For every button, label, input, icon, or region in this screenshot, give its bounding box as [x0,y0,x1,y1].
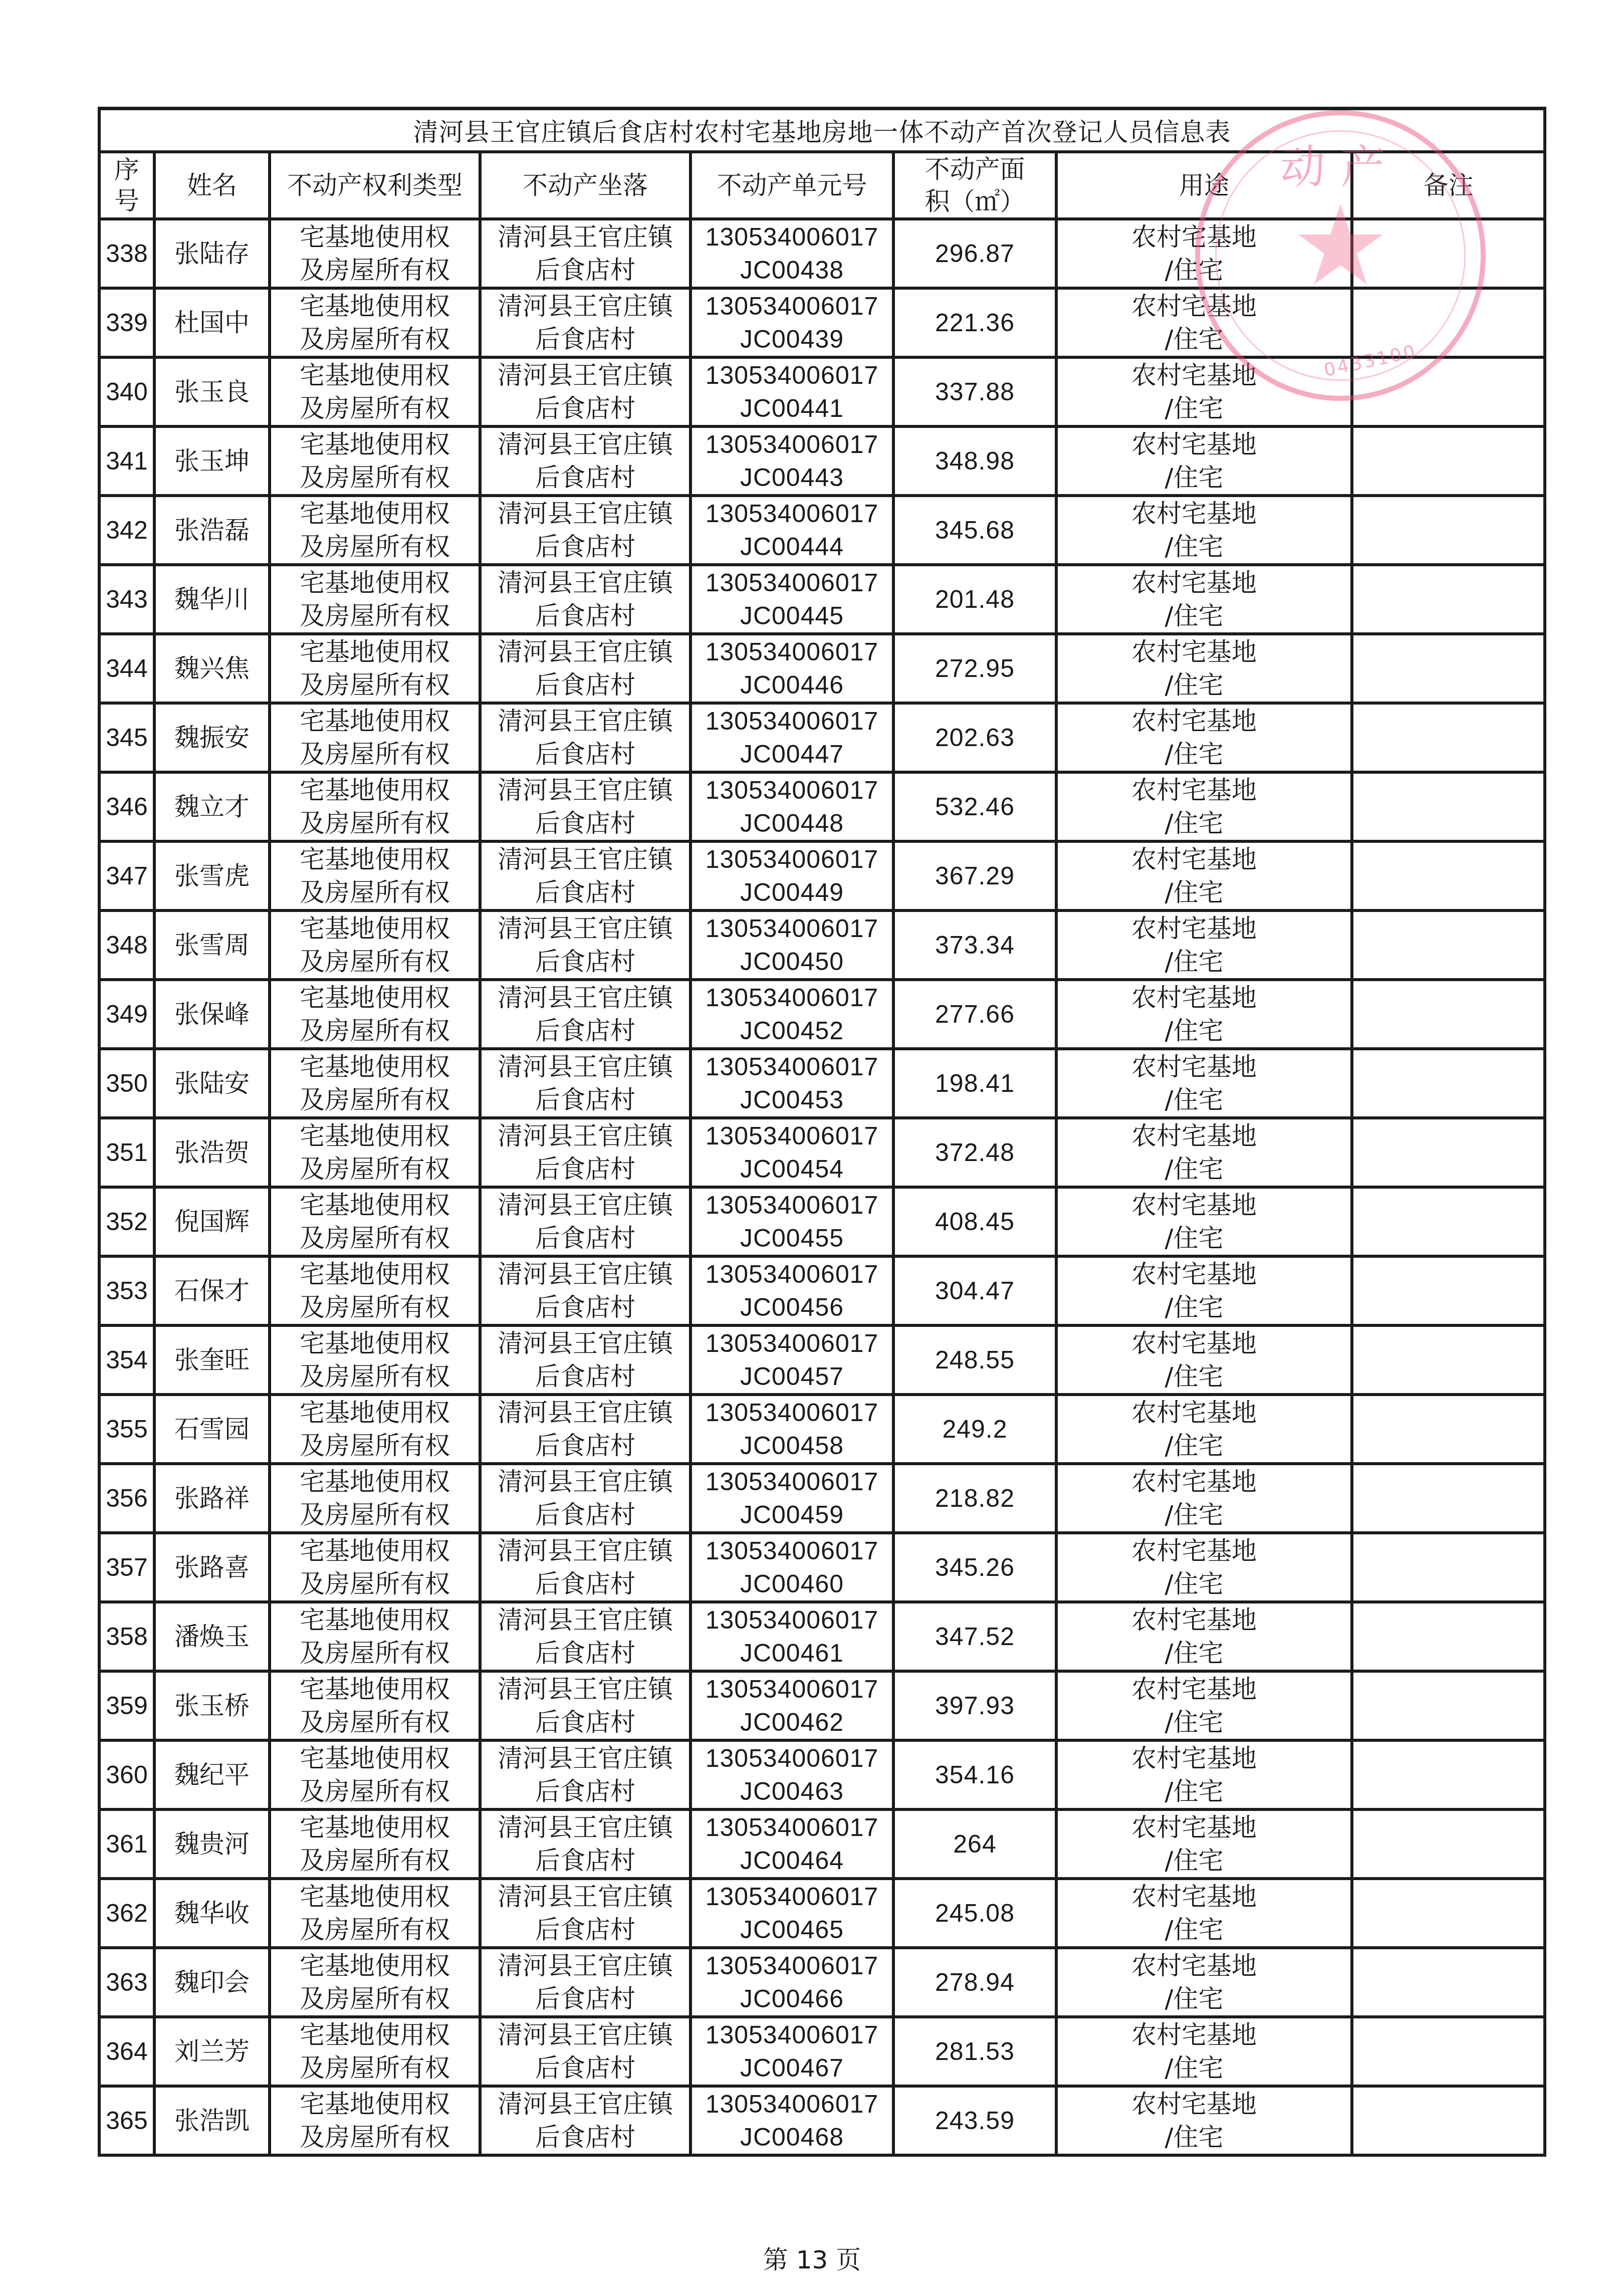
cell-right-type-line2: 及房屋所有权 [271,1014,479,1047]
cell-location-line2: 后食店村 [482,1153,689,1186]
cell-usage: 农村宅基地/住宅 [1056,2017,1352,2086]
cell-usage-line1: 农村宅基地 [1058,1119,1330,1153]
cell-usage: 农村宅基地/住宅 [1056,357,1352,426]
cell-unit-no-line1: 130534006017 [692,774,892,807]
cell-seq: 338 [99,219,154,288]
cell-location-line2: 后食店村 [482,1014,689,1047]
cell-unit-no: 130534006017JC00448 [690,772,893,841]
cell-usage-line2: /住宅 [1058,1498,1330,1531]
cell-unit-no-line2: JC00467 [692,2051,892,2085]
cell-name: 魏华收 [154,1879,270,1948]
cell-right-type-line2: 及房屋所有权 [271,1360,479,1393]
cell-usage-line1: 农村宅基地 [1058,635,1330,668]
table-row: 341张玉坤宅基地使用权及房屋所有权清河县王官庄镇后食店村13053400601… [99,426,1545,496]
cell-area: 354.16 [893,1740,1056,1809]
cell-unit-no-line2: JC00443 [692,461,892,494]
cell-location-line1: 清河县王官庄镇 [482,359,689,392]
cell-location-line2: 后食店村 [482,1498,689,1531]
cell-area: 348.98 [893,426,1056,496]
cell-usage: 农村宅基地/住宅 [1056,1118,1352,1187]
cell-location-line2: 后食店村 [482,1637,689,1670]
cell-seq: 345 [99,703,154,772]
cell-unit-no-line1: 130534006017 [692,220,892,254]
cell-name: 张陆安 [154,1049,270,1118]
cell-location-line1: 清河县王官庄镇 [482,1258,689,1291]
cell-unit-no-line2: JC00466 [692,1982,892,2015]
cell-area: 347.52 [893,1602,1056,1671]
cell-usage-line2: /住宅 [1058,1014,1330,1047]
cell-usage: 农村宅基地/住宅 [1056,1533,1352,1602]
table-title: 清河县王官庄镇后食店村农村宅基地房地一体不动产首次登记人员信息表 [99,109,1545,152]
cell-right-type: 宅基地使用权及房屋所有权 [270,2017,480,2086]
cell-seq: 344 [99,634,154,703]
header-seq: 序 号 [99,152,154,219]
cell-location: 清河县王官庄镇后食店村 [480,910,690,980]
cell-usage: 农村宅基地/住宅 [1056,288,1352,357]
header-row: 序 号 姓名 不动产权利类型 不动产坐落 不动产单元号 不动产面 积（㎡） 用途… [99,152,1545,219]
cell-location-line2: 后食店村 [482,1360,689,1393]
cell-usage: 农村宅基地/住宅 [1056,496,1352,565]
cell-location-line1: 清河县王官庄镇 [482,1396,689,1429]
cell-unit-no-line2: JC00464 [692,1844,892,1877]
cell-location-line2: 后食店村 [482,1083,689,1116]
cell-seq: 342 [99,496,154,565]
cell-seq: 341 [99,426,154,496]
cell-location-line1: 清河县王官庄镇 [482,1119,689,1153]
cell-unit-no: 130534006017JC00464 [690,1809,893,1879]
cell-right-type: 宅基地使用权及房屋所有权 [270,219,480,288]
cell-usage: 农村宅基地/住宅 [1056,1602,1352,1671]
cell-right-type: 宅基地使用权及房屋所有权 [270,357,480,426]
cell-right-type-line1: 宅基地使用权 [271,1327,479,1360]
cell-right-type-line1: 宅基地使用权 [271,1396,479,1429]
cell-right-type-line2: 及房屋所有权 [271,1913,479,1946]
cell-name: 张奎旺 [154,1325,270,1395]
cell-usage: 农村宅基地/住宅 [1056,841,1352,910]
cell-right-type-line1: 宅基地使用权 [271,774,479,807]
cell-location: 清河县王官庄镇后食店村 [480,426,690,496]
cell-usage: 农村宅基地/住宅 [1056,1187,1352,1256]
cell-unit-no-line2: JC00439 [692,323,892,356]
cell-remarks [1352,1533,1545,1602]
cell-location-line2: 后食店村 [482,1291,689,1324]
cell-right-type-line1: 宅基地使用权 [271,843,479,876]
cell-usage-line2: /住宅 [1058,1083,1330,1116]
cell-unit-no: 130534006017JC00453 [690,1049,893,1118]
table-row: 359张玉桥宅基地使用权及房屋所有权清河县王官庄镇后食店村13053400601… [99,1671,1545,1740]
cell-remarks [1352,1671,1545,1740]
cell-usage-line2: /住宅 [1058,738,1330,771]
header-location: 不动产坐落 [480,152,690,219]
cell-unit-no: 130534006017JC00438 [690,219,893,288]
table-row: 357张路喜宅基地使用权及房屋所有权清河县王官庄镇后食店村13053400601… [99,1533,1545,1602]
cell-unit-no-line1: 130534006017 [692,1949,892,1982]
cell-right-type-line1: 宅基地使用权 [271,359,479,392]
cell-right-type: 宅基地使用权及房屋所有权 [270,288,480,357]
cell-area: 278.94 [893,1948,1056,2017]
cell-seq: 343 [99,565,154,634]
cell-location: 清河县王官庄镇后食店村 [480,357,690,426]
cell-right-type: 宅基地使用权及房屋所有权 [270,1948,480,2017]
cell-usage-line1: 农村宅基地 [1058,428,1330,461]
cell-area: 221.36 [893,288,1056,357]
cell-right-type-line1: 宅基地使用权 [271,2088,479,2121]
cell-location-line1: 清河县王官庄镇 [482,2018,689,2051]
cell-area: 249.2 [893,1395,1056,1464]
cell-usage-line2: /住宅 [1058,1567,1330,1600]
header-area: 不动产面 积（㎡） [893,152,1056,219]
table-row: 338张陆存宅基地使用权及房屋所有权清河县王官庄镇后食店村13053400601… [99,219,1545,288]
cell-right-type: 宅基地使用权及房屋所有权 [270,1118,480,1187]
table-row: 363魏印会宅基地使用权及房屋所有权清河县王官庄镇后食店村13053400601… [99,1948,1545,2017]
cell-location-line1: 清河县王官庄镇 [482,1742,689,1775]
cell-location: 清河县王官庄镇后食店村 [480,1395,690,1464]
cell-usage: 农村宅基地/住宅 [1056,1879,1352,1948]
cell-seq: 351 [99,1118,154,1187]
cell-unit-no: 130534006017JC00454 [690,1118,893,1187]
cell-location-line2: 后食店村 [482,323,689,356]
cell-right-type-line1: 宅基地使用权 [271,1811,479,1844]
cell-unit-no: 130534006017JC00466 [690,1948,893,2017]
cell-unit-no-line1: 130534006017 [692,1465,892,1498]
cell-location-line1: 清河县王官庄镇 [482,1465,689,1498]
cell-location: 清河县王官庄镇后食店村 [480,2017,690,2086]
cell-unit-no: 130534006017JC00441 [690,357,893,426]
cell-unit-no-line2: JC00463 [692,1775,892,1808]
cell-remarks [1352,1602,1545,1671]
cell-unit-no-line1: 130534006017 [692,566,892,599]
cell-right-type-line1: 宅基地使用权 [271,220,479,254]
cell-unit-no: 130534006017JC00465 [690,1879,893,1948]
cell-location-line2: 后食店村 [482,1706,689,1739]
cell-right-type-line1: 宅基地使用权 [271,1603,479,1637]
cell-unit-no-line2: JC00468 [692,2121,892,2154]
cell-seq: 364 [99,2017,154,2086]
cell-location-line1: 清河县王官庄镇 [482,635,689,668]
cell-right-type-line2: 及房屋所有权 [271,945,479,978]
cell-usage-line1: 农村宅基地 [1058,774,1330,807]
table-row: 361魏贵河宅基地使用权及房屋所有权清河县王官庄镇后食店村13053400601… [99,1809,1545,1879]
cell-unit-no: 130534006017JC00458 [690,1395,893,1464]
cell-unit-no-line2: JC00455 [692,1222,892,1255]
cell-right-type-line2: 及房屋所有权 [271,1775,479,1808]
cell-location-line1: 清河县王官庄镇 [482,2088,689,2121]
cell-unit-no: 130534006017JC00456 [690,1256,893,1325]
cell-location: 清河县王官庄镇后食店村 [480,772,690,841]
cell-usage: 农村宅基地/住宅 [1056,426,1352,496]
cell-unit-no-line2: JC00465 [692,1913,892,1946]
cell-unit-no-line2: JC00454 [692,1153,892,1186]
cell-usage-line2: /住宅 [1058,1706,1330,1739]
cell-usage-line1: 农村宅基地 [1058,2088,1330,2121]
header-seq-line2: 号 [101,185,153,216]
table-row: 349张保峰宅基地使用权及房屋所有权清河县王官庄镇后食店村13053400601… [99,980,1545,1049]
cell-usage: 农村宅基地/住宅 [1056,703,1352,772]
cell-unit-no-line1: 130534006017 [692,1119,892,1153]
cell-usage-line1: 农村宅基地 [1058,1189,1330,1222]
cell-remarks [1352,841,1545,910]
cell-right-type: 宅基地使用权及房屋所有权 [270,1464,480,1533]
cell-right-type: 宅基地使用权及房屋所有权 [270,1187,480,1256]
cell-right-type-line2: 及房屋所有权 [271,1844,479,1877]
cell-usage: 农村宅基地/住宅 [1056,980,1352,1049]
cell-location-line2: 后食店村 [482,1775,689,1808]
table-row: 352倪国辉宅基地使用权及房屋所有权清河县王官庄镇后食店村13053400601… [99,1187,1545,1256]
cell-remarks [1352,703,1545,772]
cell-location-line1: 清河县王官庄镇 [482,705,689,738]
cell-usage: 农村宅基地/住宅 [1056,1325,1352,1395]
cell-right-type-line1: 宅基地使用权 [271,912,479,945]
cell-usage: 农村宅基地/住宅 [1056,1809,1352,1879]
cell-unit-no: 130534006017JC00450 [690,910,893,980]
cell-location: 清河县王官庄镇后食店村 [480,496,690,565]
cell-unit-no: 130534006017JC00445 [690,565,893,634]
cell-name: 魏立才 [154,772,270,841]
cell-right-type-line2: 及房屋所有权 [271,2051,479,2085]
cell-usage-line2: /住宅 [1058,254,1330,287]
cell-usage-line2: /住宅 [1058,1637,1330,1670]
cell-unit-no-line1: 130534006017 [692,1673,892,1706]
cell-location: 清河县王官庄镇后食店村 [480,1671,690,1740]
cell-usage-line1: 农村宅基地 [1058,359,1330,392]
cell-area: 264 [893,1809,1056,1879]
cell-unit-no-line1: 130534006017 [692,1534,892,1567]
cell-unit-no: 130534006017JC00446 [690,634,893,703]
cell-right-type-line1: 宅基地使用权 [271,705,479,738]
cell-area: 372.48 [893,1118,1056,1187]
cell-usage-line1: 农村宅基地 [1058,1396,1330,1429]
cell-unit-no-line2: JC00446 [692,668,892,702]
cell-location: 清河县王官庄镇后食店村 [480,1187,690,1256]
cell-right-type-line1: 宅基地使用权 [271,2018,479,2051]
cell-unit-no-line1: 130534006017 [692,1327,892,1360]
cell-remarks [1352,1395,1545,1464]
cell-remarks [1352,1809,1545,1879]
cell-remarks [1352,980,1545,1049]
cell-right-type-line2: 及房屋所有权 [271,1222,479,1255]
cell-right-type: 宅基地使用权及房屋所有权 [270,910,480,980]
table-row: 355石雪园宅基地使用权及房屋所有权清河县王官庄镇后食店村13053400601… [99,1395,1545,1464]
cell-name: 魏兴焦 [154,634,270,703]
cell-seq: 360 [99,1740,154,1809]
cell-unit-no: 130534006017JC00460 [690,1533,893,1602]
cell-location-line1: 清河县王官庄镇 [482,1603,689,1637]
table-row: 345魏振安宅基地使用权及房屋所有权清河县王官庄镇后食店村13053400601… [99,703,1545,772]
table-row: 343魏华川宅基地使用权及房屋所有权清河县王官庄镇后食店村13053400601… [99,565,1545,634]
cell-seq: 358 [99,1602,154,1671]
cell-right-type-line1: 宅基地使用权 [271,428,479,461]
cell-usage-line2: /住宅 [1058,599,1330,632]
cell-unit-no-line1: 130534006017 [692,1811,892,1844]
header-area-line2: 积（㎡） [895,185,1055,217]
header-area-line1: 不动产面 [895,153,1055,185]
cell-right-type-line2: 及房屋所有权 [271,599,479,632]
cell-unit-no-line2: JC00462 [692,1706,892,1739]
table-row: 342张浩磊宅基地使用权及房屋所有权清河县王官庄镇后食店村13053400601… [99,496,1545,565]
cell-location-line1: 清河县王官庄镇 [482,1189,689,1222]
cell-location-line1: 清河县王官庄镇 [482,1880,689,1913]
cell-right-type: 宅基地使用权及房屋所有权 [270,1395,480,1464]
cell-area: 532.46 [893,772,1056,841]
cell-right-type-line2: 及房屋所有权 [271,1982,479,2015]
cell-unit-no-line1: 130534006017 [692,843,892,876]
cell-usage-line2: /住宅 [1058,668,1330,702]
cell-location: 清河县王官庄镇后食店村 [480,1602,690,1671]
cell-remarks [1352,565,1545,634]
cell-unit-no-line2: JC00449 [692,876,892,909]
cell-usage-line2: /住宅 [1058,1291,1330,1324]
cell-right-type: 宅基地使用权及房屋所有权 [270,841,480,910]
cell-location-line1: 清河县王官庄镇 [482,1534,689,1567]
cell-unit-no: 130534006017JC00447 [690,703,893,772]
cell-remarks [1352,496,1545,565]
cell-usage-line1: 农村宅基地 [1058,1050,1330,1083]
cell-area: 198.41 [893,1049,1056,1118]
cell-usage-line1: 农村宅基地 [1058,1534,1330,1567]
cell-right-type: 宅基地使用权及房屋所有权 [270,980,480,1049]
cell-usage-line1: 农村宅基地 [1058,912,1330,945]
cell-usage-line1: 农村宅基地 [1058,1258,1330,1291]
cell-remarks [1352,2086,1545,2155]
cell-usage: 农村宅基地/住宅 [1056,1395,1352,1464]
cell-unit-no-line1: 130534006017 [692,1742,892,1775]
cell-unit-no-line1: 130534006017 [692,497,892,530]
table-row: 358潘焕玉宅基地使用权及房屋所有权清河县王官庄镇后食店村13053400601… [99,1602,1545,1671]
cell-right-type-line1: 宅基地使用权 [271,566,479,599]
cell-area: 373.34 [893,910,1056,980]
cell-right-type-line1: 宅基地使用权 [271,1742,479,1775]
cell-right-type-line1: 宅基地使用权 [271,1534,479,1567]
cell-name: 倪国辉 [154,1187,270,1256]
page-number: 第 13 页 [0,2240,1624,2276]
cell-unit-no: 130534006017JC00444 [690,496,893,565]
table-row: 348张雪周宅基地使用权及房屋所有权清河县王官庄镇后食店村13053400601… [99,910,1545,980]
cell-usage: 农村宅基地/住宅 [1056,1671,1352,1740]
cell-usage-line2: /住宅 [1058,1775,1330,1808]
cell-name: 张浩贺 [154,1118,270,1187]
cell-area: 367.29 [893,841,1056,910]
cell-usage-line1: 农村宅基地 [1058,2018,1330,2051]
cell-unit-no: 130534006017JC00467 [690,2017,893,2086]
table-row: 353石保才宅基地使用权及房屋所有权清河县王官庄镇后食店村13053400601… [99,1256,1545,1325]
table-row: 364刘兰芳宅基地使用权及房屋所有权清河县王官庄镇后食店村13053400601… [99,2017,1545,2086]
cell-right-type: 宅基地使用权及房屋所有权 [270,1256,480,1325]
cell-right-type-line1: 宅基地使用权 [271,1465,479,1498]
cell-right-type-line2: 及房屋所有权 [271,1083,479,1116]
cell-location: 清河县王官庄镇后食店村 [480,1533,690,1602]
cell-unit-no: 130534006017JC00457 [690,1325,893,1395]
cell-location-line2: 后食店村 [482,738,689,771]
cell-location: 清河县王官庄镇后食店村 [480,1879,690,1948]
cell-seq: 354 [99,1325,154,1395]
header-name: 姓名 [154,152,270,219]
cell-usage-line1: 农村宅基地 [1058,705,1330,738]
cell-location-line2: 后食店村 [482,1222,689,1255]
cell-location: 清河县王官庄镇后食店村 [480,565,690,634]
cell-usage-line2: /住宅 [1058,392,1330,425]
table-row: 346魏立才宅基地使用权及房屋所有权清河县王官庄镇后食店村13053400601… [99,772,1545,841]
cell-location-line1: 清河县王官庄镇 [482,1327,689,1360]
cell-location: 清河县王官庄镇后食店村 [480,1740,690,1809]
cell-name: 魏纪平 [154,1740,270,1809]
cell-remarks [1352,634,1545,703]
cell-right-type-line1: 宅基地使用权 [271,1673,479,1706]
cell-unit-no: 130534006017JC00459 [690,1464,893,1533]
cell-location: 清河县王官庄镇后食店村 [480,288,690,357]
cell-usage: 农村宅基地/住宅 [1056,1256,1352,1325]
cell-right-type-line2: 及房屋所有权 [271,392,479,425]
cell-location-line1: 清河县王官庄镇 [482,1949,689,1982]
cell-right-type: 宅基地使用权及房屋所有权 [270,1809,480,1879]
registration-sheet: 清河县王官庄镇后食店村农村宅基地房地一体不动产首次登记人员信息表 序 号 姓名 … [98,107,1543,2157]
cell-location-line1: 清河县王官庄镇 [482,843,689,876]
cell-usage-line2: /住宅 [1058,945,1330,978]
cell-right-type-line2: 及房屋所有权 [271,461,479,494]
cell-unit-no-line2: JC00448 [692,807,892,840]
cell-right-type: 宅基地使用权及房屋所有权 [270,1740,480,1809]
cell-unit-no-line2: JC00458 [692,1429,892,1462]
cell-seq: 349 [99,980,154,1049]
cell-seq: 347 [99,841,154,910]
cell-location: 清河县王官庄镇后食店村 [480,1256,690,1325]
header-usage: 用途 [1056,152,1352,219]
cell-usage-line2: /住宅 [1058,1982,1330,2015]
cell-seq: 363 [99,1948,154,2017]
cell-right-type-line2: 及房屋所有权 [271,254,479,287]
cell-name: 张玉桥 [154,1671,270,1740]
cell-unit-no: 130534006017JC00468 [690,2086,893,2155]
cell-right-type: 宅基地使用权及房屋所有权 [270,1049,480,1118]
cell-right-type-line1: 宅基地使用权 [271,635,479,668]
cell-usage-line1: 农村宅基地 [1058,1465,1330,1498]
cell-location: 清河县王官庄镇后食店村 [480,1809,690,1879]
cell-usage-line1: 农村宅基地 [1058,843,1330,876]
cell-location-line1: 清河县王官庄镇 [482,1050,689,1083]
cell-unit-no-line2: JC00444 [692,530,892,563]
cell-unit-no-line1: 130534006017 [692,981,892,1014]
cell-unit-no-line2: JC00453 [692,1083,892,1116]
cell-unit-no-line1: 130534006017 [692,428,892,461]
cell-unit-no-line1: 130534006017 [692,359,892,392]
cell-usage-line1: 农村宅基地 [1058,220,1330,254]
cell-area: 281.53 [893,2017,1056,2086]
cell-remarks [1352,1464,1545,1533]
header-unit-no: 不动产单元号 [690,152,893,219]
cell-remarks [1352,1325,1545,1395]
cell-seq: 339 [99,288,154,357]
cell-name: 杜国中 [154,288,270,357]
cell-location-line2: 后食店村 [482,1982,689,2015]
cell-area: 304.47 [893,1256,1056,1325]
cell-right-type-line1: 宅基地使用权 [271,981,479,1014]
cell-right-type-line2: 及房屋所有权 [271,2121,479,2154]
cell-name: 刘兰芳 [154,2017,270,2086]
table-row: 339杜国中宅基地使用权及房屋所有权清河县王官庄镇后食店村13053400601… [99,288,1545,357]
cell-seq: 362 [99,1879,154,1948]
cell-remarks [1352,1049,1545,1118]
cell-usage-line2: /住宅 [1058,461,1330,494]
table-row: 360魏纪平宅基地使用权及房屋所有权清河县王官庄镇后食店村13053400601… [99,1740,1545,1809]
cell-unit-no-line1: 130534006017 [692,635,892,668]
cell-location-line2: 后食店村 [482,1567,689,1600]
cell-unit-no-line2: JC00445 [692,599,892,632]
cell-name: 张玉良 [154,357,270,426]
cell-unit-no-line1: 130534006017 [692,2018,892,2051]
cell-location-line2: 后食店村 [482,2121,689,2154]
table-row: 340张玉良宅基地使用权及房屋所有权清河县王官庄镇后食店村13053400601… [99,357,1545,426]
cell-name: 魏华川 [154,565,270,634]
cell-right-type: 宅基地使用权及房屋所有权 [270,1671,480,1740]
